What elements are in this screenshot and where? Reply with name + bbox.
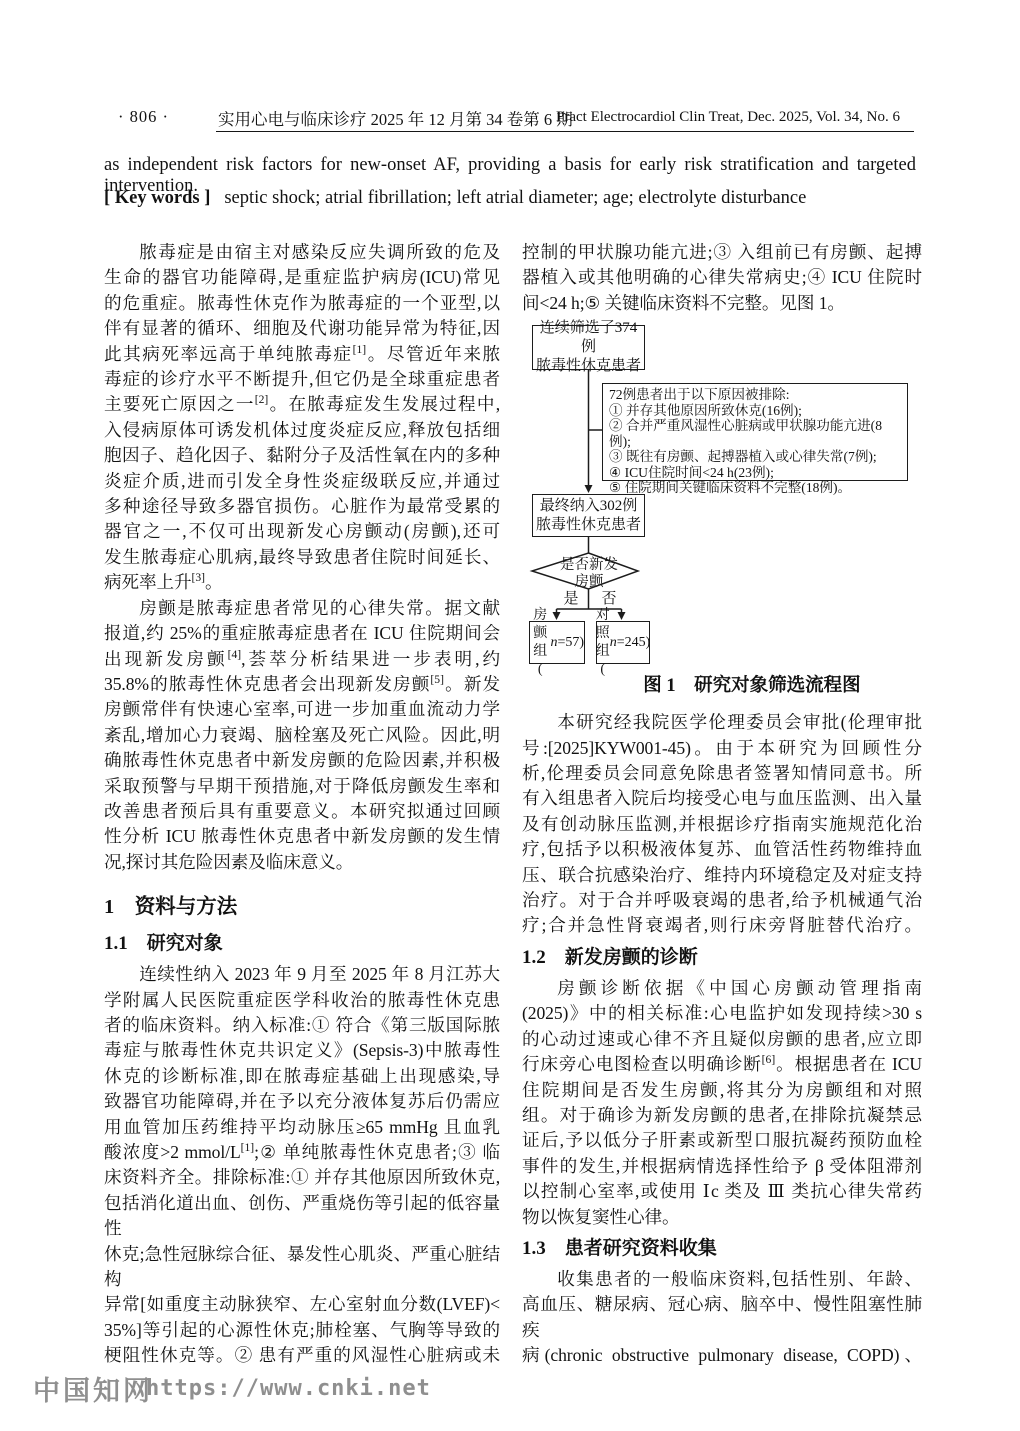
text-line: 主要死亡原因之一[2]。在脓毒症发生发展过程中, [104, 392, 500, 417]
text-line: 异常[如重度主动脉狭窄、左心室射血分数(LVEF)< [104, 1292, 500, 1317]
text-line: 包括消化道出血、创伤、严重烧伤等引起的低容量性 [104, 1191, 500, 1242]
text-line: 梗阻性休克等。② 患有严重的风湿性心脏病或未 [104, 1343, 500, 1368]
text-line: 性分析 ICU 脓毒性休克患者中新发房颤的发生情 [104, 824, 500, 849]
text-line: 35%]等引起的心源性休克;肺栓塞、气胸等导致的 [104, 1318, 500, 1343]
text-line: 本研究经我院医学伦理委员会审批(伦理审批 [522, 710, 922, 735]
header-rule [216, 131, 914, 132]
text-line: 收集患者的一般临床资料,包括性别、年龄、 [522, 1267, 922, 1292]
text-line: 组。对于确诊为新发房颤的患者,在排除抗凝禁忌 [522, 1103, 922, 1128]
text-line: 的危重症。脓毒性休克作为脓毒症的一个亚型,以 [104, 291, 500, 316]
text-line: 病死率上升[3]。 [104, 570, 500, 595]
text-line: 用血管加压药维持平均动脉压≥65 mmHg 且血乳 [104, 1115, 500, 1140]
journal-title-cn: 实用心电与临床诊疗 2025 年 12 月第 34 卷第 6 期 [218, 106, 573, 130]
text-line: 炎症介质,进而引发全身性炎症级联反应,并通过 [104, 469, 500, 494]
text-line: 致器官功能障碍,并在予以充分液体复苏后仍需应 [104, 1089, 500, 1114]
flow-decision-label: 是否新发 房颤 [539, 557, 639, 591]
text-line: 的心动过速或心律不齐且疑似房颤的患者,应立即 [522, 1027, 922, 1052]
paragraph: 房颤诊断依据《中国心房颤动管理指南(2025)》中的相关标准:心电监护如发现持续… [522, 976, 922, 1230]
paragraph: 本研究经我院医学伦理委员会审批(伦理审批号:[2025]KYW001-45)。由… [522, 710, 922, 939]
journal-title-en: Pract Electrocardiol Clin Treat, Dec. 20… [556, 109, 900, 126]
text-line: 生命的器官功能障碍,是重症监护病房(ICU)常见 [104, 265, 500, 290]
figure-1-flowchart: 连续筛选了374例 脓毒性休克患者 72例患者出于以下原因被排除: ① 并存其他… [522, 316, 922, 708]
section-heading: 1.2 新发房颤的诊断 [522, 945, 922, 971]
text-line: 毒症的诊疗水平不断提升,但它仍是全球重症患者 [104, 367, 500, 392]
text-line: 连续性纳入 2023 年 9 月至 2025 年 8 月江苏大 [104, 962, 500, 987]
text-line: 房颤是脓毒症患者常见的心律失常。据文献 [104, 596, 500, 621]
text-line: 伴有显著的循环、细胞及代谢功能异常为特征,因 [104, 316, 500, 341]
text-line: 改善患者预后具有重要意义。本研究拟通过回顾 [104, 799, 500, 824]
text-line: 间<24 h;⑤ 关键临床资料不完整。见图 1。 [522, 291, 922, 316]
text-line: 紊乱,增加心力衰竭、脑栓塞及死亡风险。因此,明 [104, 723, 500, 748]
keywords-label: [ Key words ] [104, 188, 210, 208]
text-line: 压、联合抗感染治疗、维持内环境稳定及对症支持 [522, 863, 922, 888]
text-line: 行床旁心电图检查以明确诊断[6]。根据患者在 ICU [522, 1052, 922, 1077]
text-line: 者的临床资料。纳入标准:① 符合《第三版国际脓 [104, 1013, 500, 1038]
cnki-watermark: 中国知网 [33, 1369, 153, 1408]
text-line: 房颤常伴有快速心室率,可进一步加重血流动力学 [104, 697, 500, 722]
text-line: 治疗。对于合并呼吸衰竭的患者,给予机械通气治 [522, 888, 922, 913]
text-line: 出现新发房颤[4],荟萃分析结果进一步表明,约 [104, 647, 500, 672]
text-line: 35.8%的脓毒性休克患者会出现新发房颤[5]。新发 [104, 672, 500, 697]
text-line: 以控制心室率,或使用 Ⅰc 类及 Ⅲ 类抗心律失常药 [522, 1179, 922, 1204]
flow-branch-no-label: 否 [596, 591, 622, 607]
text-line: 病(chronic obstructive pulmonary disease,… [522, 1343, 922, 1368]
flow-box-included: 最终纳入302例 脓毒性休克患者 [532, 494, 645, 537]
right-column-top: 控制的甲状腺功能亢进;③ 入组前已有房颤、起搏器植入或其他明确的心律失常病史;④… [522, 240, 922, 316]
text-line: 况,探讨其危险因素及临床意义。 [104, 850, 500, 875]
text-line: 房颤诊断依据《中国心房颤动管理指南 [522, 976, 922, 1001]
flow-box-excluded: 72例患者出于以下原因被排除: ① 并存其他原因所致休克(16例); ② 合并严… [602, 383, 908, 481]
section-heading: 1 资料与方法 [104, 893, 500, 921]
text-line: 及有创动脉压监测,并根据诊疗指南实施规范化治 [522, 812, 922, 837]
text-line: 休克;急性冠脉综合征、暴发性心肌炎、严重心脏结构 [104, 1242, 500, 1293]
text-line: 疗,包括予以积极液体复苏、血管活性药物维持血 [522, 837, 922, 862]
paragraph: 脓毒症是由宿主对感染反应失调所致的危及生命的器官功能障碍,是重症监护病房(ICU… [104, 240, 500, 596]
text-line: 入侵病原体可诱发机体过度炎症反应,释放包括细 [104, 418, 500, 443]
flow-box-af-group: 房颤组 (n=57) [529, 621, 585, 664]
text-line: 多种途径导致多器官损伤。心脏作为最常受累的 [104, 494, 500, 519]
flow-branch-yes-label: 是 [558, 591, 584, 607]
keywords-text: septic shock; atrial fibrillation; left … [224, 188, 806, 208]
text-line: (2025)》中的相关标准:心电监护如发现持续>30 s [522, 1001, 922, 1026]
text-line: 休克的诊断标准,即在脓毒症基础上出现感染,导 [104, 1064, 500, 1089]
text-line: 学附属人民医院重症医学科收治的脓毒性休克患 [104, 988, 500, 1013]
text-line: 证后,予以低分子肝素或新型口服抗凝药预防血栓 [522, 1128, 922, 1153]
text-line: 毒症与脓毒性休克共识定义》(Sepsis-3)中脓毒性 [104, 1038, 500, 1063]
text-line: 器官之一,不仅可出现新发心房颤动(房颤),还可 [104, 519, 500, 544]
text-line: 脓毒症是由宿主对感染反应失调所致的危及 [104, 240, 500, 265]
flow-box-control-group: 对照组 (n=245) [596, 621, 650, 664]
right-column-bottom: 本研究经我院医学伦理委员会审批(伦理审批号:[2025]KYW001-45)。由… [522, 710, 922, 1368]
keywords-line: [ Key words ]septic shock; atrial fibril… [104, 188, 916, 209]
text-line: 析,伦理委员会同意免除患者签署知情同意书。所 [522, 761, 922, 786]
page-number: · 806 · [118, 107, 169, 127]
text-line: 控制的甲状腺功能亢进;③ 入组前已有房颤、起搏 [522, 240, 922, 265]
paragraph: 房颤是脓毒症患者常见的心律失常。据文献报道,约 25%的重症脓毒症患者在 ICU… [104, 596, 500, 875]
section-heading: 1.1 研究对象 [104, 931, 500, 957]
text-line: 酸浓度>2 mmol/L[1];② 单纯脓毒性休克患者;③ 临 [104, 1140, 500, 1165]
flow-box-screened: 连续筛选了374例 脓毒性休克患者 [532, 325, 645, 370]
text-line: 有入组患者入院后均接受心电与血压监测、出入量 [522, 786, 922, 811]
paragraph: 收集患者的一般临床资料,包括性别、年龄、高血压、糖尿病、冠心病、脑卒中、慢性阻塞… [522, 1267, 922, 1369]
cnki-url: https://www.cnki.net [146, 1376, 431, 1401]
text-line: 物以恢复窦性心律。 [522, 1205, 922, 1230]
text-line: 事件的发生,并根据病情选择性给予 β 受体阻滞剂 [522, 1154, 922, 1179]
text-line: 高血压、糖尿病、冠心病、脑卒中、慢性阻塞性肺疾 [522, 1292, 922, 1343]
figure-caption: 图 1 研究对象筛选流程图 [582, 674, 922, 699]
paragraph: 连续性纳入 2023 年 9 月至 2025 年 8 月江苏大学附属人民医院重症… [104, 962, 500, 1369]
section-heading: 1.3 患者研究资料收集 [522, 1236, 922, 1262]
left-column: 脓毒症是由宿主对感染反应失调所致的危及生命的器官功能障碍,是重症监护病房(ICU… [104, 240, 500, 1369]
text-line: 确脓毒性休克患者中新发房颤的危险因素,并积极 [104, 748, 500, 773]
text-line: 住院期间是否发生房颤,将其分为房颤组和对照 [522, 1078, 922, 1103]
text-line: 器植入或其他明确的心律失常病史;④ ICU 住院时 [522, 265, 922, 290]
text-line: 床资料齐全。排除标准:① 并存其他原因所致休克, [104, 1165, 500, 1190]
text-line: 报道,约 25%的重症脓毒症患者在 ICU 住院期间会 [104, 621, 500, 646]
text-line: 发生脓毒症心肌病,最终导致患者住院时间延长、 [104, 545, 500, 570]
text-line: 采取预警与早期干预措施,对于降低房颤发生率和 [104, 774, 500, 799]
right-column: 控制的甲状腺功能亢进;③ 入组前已有房颤、起搏器植入或其他明确的心律失常病史;④… [522, 240, 922, 1369]
journal-page: · 806 · 实用心电与临床诊疗 2025 年 12 月第 34 卷第 6 期… [0, 0, 1020, 1431]
text-line: 号:[2025]KYW001-45)。由于本研究为回顾性分 [522, 736, 922, 761]
text-line: 此其病死率远高于单纯脓毒症[1]。尽管近年来脓 [104, 342, 500, 367]
paragraph: 控制的甲状腺功能亢进;③ 入组前已有房颤、起搏器植入或其他明确的心律失常病史;④… [522, 240, 922, 316]
text-line: 疗;合并急性肾衰竭者,则行床旁肾脏替代治疗。 [522, 913, 922, 938]
text-line: 胞因子、趋化因子、黏附分子及活性氧在内的多种 [104, 443, 500, 468]
